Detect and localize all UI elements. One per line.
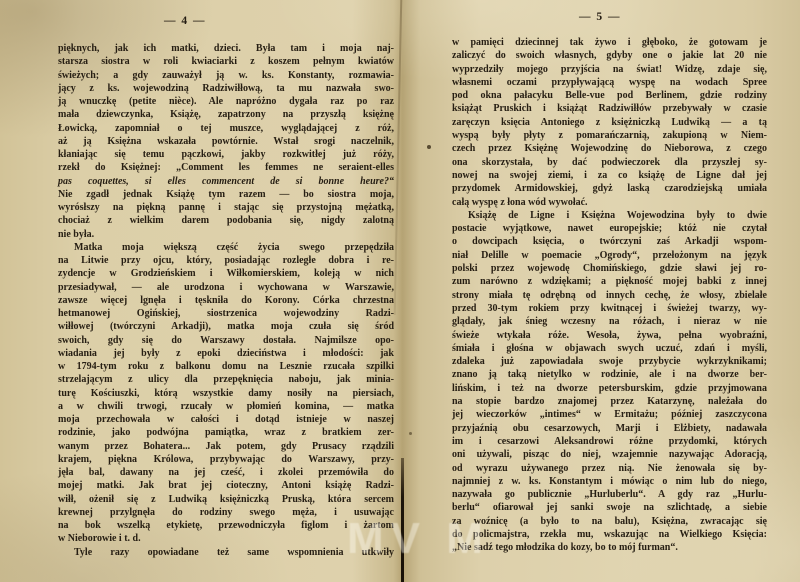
page-line: wiłłowej (twórczyni Arkadji), matka moja… bbox=[58, 320, 394, 333]
page-line: o dowcipach księcia, o twórczyni zaś Ark… bbox=[452, 235, 767, 248]
page-line: nazywała go publicznie „Hurluberlu“. A g… bbox=[452, 488, 767, 501]
page-line: na bok wszelką etykietę, przewodniczyła … bbox=[58, 519, 394, 532]
paper-speck bbox=[427, 145, 431, 149]
page-line: berlu“ ofiarował jej sanki swoje na szli… bbox=[452, 501, 767, 514]
gutter-crease bbox=[394, 0, 403, 315]
page-line: strony miała tę odrębną od innych cechę,… bbox=[452, 289, 767, 302]
page-line: hetmanowej Ogińskiej, siostrzenica wojew… bbox=[58, 307, 394, 320]
page-line: chociaż z wielkim darem podobania się, n… bbox=[58, 214, 394, 227]
page-number-right: — 5 — bbox=[540, 11, 660, 23]
watermark: MV M bbox=[347, 514, 490, 564]
page-line: wyprzedziły mojego przyjścia na świat! W… bbox=[452, 63, 767, 76]
page-line: w Nieborowie i t. d. bbox=[58, 532, 394, 545]
page-line: nie była. bbox=[58, 228, 394, 241]
page-line: zum narówno z wdziękami; a piękność moje… bbox=[452, 275, 767, 288]
page-line: za woźnicę (a było to na balu), Księżna,… bbox=[452, 515, 767, 528]
page-line: zawsze więcej lgnęła i tęskniła do Koron… bbox=[58, 294, 394, 307]
page-line: książąt Pruskich i książąt Radziwiłłów p… bbox=[452, 102, 767, 115]
page-line: nowej na swojej ziemi, i za co książę de… bbox=[452, 169, 767, 182]
page-line: kłaniając się temu pączkowi, jakby rozkw… bbox=[58, 148, 394, 161]
page-line: krewnej przylgnęła do rodziny swego męża… bbox=[58, 506, 394, 519]
page-line: Matka moja większą część życia swego prz… bbox=[58, 241, 394, 254]
page-line: całą wyspę z łona wód wywołać. bbox=[452, 196, 767, 209]
page-line: moja przechowała w całości i dotąd istni… bbox=[58, 413, 394, 426]
page-line: niał Delille w poemacie „Ogrody“, przeło… bbox=[452, 249, 767, 262]
page-line: od wyrazu używanego przez nią. Nie żenow… bbox=[452, 462, 767, 475]
page-number-left: — 4 — bbox=[120, 15, 250, 27]
page-line: aż ją Księżna wskazała powtórnie. Wstał … bbox=[58, 135, 394, 148]
page-line: przed 30-tym rokiem przy kwitnącej i świ… bbox=[452, 302, 767, 315]
page-line: wanym przez Bohatera... Jak potem, gdy P… bbox=[58, 440, 394, 453]
page-line: oni używali, pisząc do niej, wzajemnie n… bbox=[452, 448, 767, 461]
page-right-text: w pamięci dziecinnej tak żywo i głęboko,… bbox=[452, 36, 767, 555]
page-line: wyrósłszy na piękną pannę i stając się p… bbox=[58, 201, 394, 214]
page-line: czech przez Księżnę Wojewodzinę do Niebo… bbox=[452, 142, 767, 155]
paper-speck bbox=[409, 432, 412, 435]
page-line: mojej matki. Jak brat jej cioteczny, Ant… bbox=[58, 479, 394, 492]
page-line: wiłł, ożenił się z Ludwiką księżniczką P… bbox=[58, 493, 394, 506]
page-line: ona skorzystała, by dać podwieczorek dla… bbox=[452, 156, 767, 169]
book-spread-photo: — 4 — — 5 — pięknych, jak ich matki, dzi… bbox=[0, 0, 800, 582]
page-line: polski przez wojewodę Chomińskiego, gdzi… bbox=[452, 262, 767, 275]
page-line: świeże wtykała róże. Wesoła, żywa, pełna… bbox=[452, 329, 767, 342]
page-line: zaliczyć do swoich własnych, gdyby one o… bbox=[452, 49, 767, 62]
page-line: świeżych; a gdy zauważył ją w. ks. Konst… bbox=[58, 69, 394, 82]
page-line: zydencje w Grodzieńskiem i Wiłkomierskie… bbox=[58, 267, 394, 280]
page-line: przydomek Armidowskiej, gdyż laską czaro… bbox=[452, 182, 767, 195]
page-line: pięknych, jak ich matki, dzieci. Była ta… bbox=[58, 42, 394, 55]
page-line: Tyle razy opowiadane też same wspomnieni… bbox=[58, 546, 394, 559]
page-line: na stopie bardzo znajomej przez Katarzyn… bbox=[452, 395, 767, 408]
page-line: postacie wyjątkowe, nawet europejskie; k… bbox=[452, 222, 767, 235]
page-line: przesiadywał, — ale urodzona i wychowana… bbox=[58, 281, 394, 294]
page-line: ją wnuczkę (petite nièce). Ale napróżno … bbox=[58, 95, 394, 108]
page-line: mała dziewczynka, Książę, zapatrzony na … bbox=[58, 108, 394, 121]
page-line: turę Kościuszki, którą wszystkie damy no… bbox=[58, 387, 394, 400]
page-line: krajem, piękna Królowa, przybywając do W… bbox=[58, 453, 394, 466]
page-line: zaręczyn księcia Antoniego z księżniczką… bbox=[452, 116, 767, 129]
page-line: najmniej z w. ks. Konstantym i mówiąc o … bbox=[452, 475, 767, 488]
page-line: na Litwie przy ojcu, który, posiadając r… bbox=[58, 254, 394, 267]
page-line: zdaleka już zapowiadała swoje przybycie … bbox=[452, 355, 767, 368]
page-line: glądały, jak śnieg wczesny na różach, i … bbox=[452, 315, 767, 328]
page-line: w 1794-tym roku z balkonu domu na Leszni… bbox=[58, 360, 394, 373]
page-line: w pamięci dziecinnej tak żywo i głęboko,… bbox=[452, 36, 767, 49]
page-left-text: pięknych, jak ich matki, dzieci. Była ta… bbox=[58, 42, 394, 559]
page-line: a w chwili trwogi, rzucały w płomień kom… bbox=[58, 400, 394, 413]
page-line: jący z ks. wojewodziną Radziwiłłową, ta … bbox=[58, 82, 394, 95]
page-line: do policmajstra, rzekła mu, wskazując na… bbox=[452, 528, 767, 541]
page-line: wiadania jej były z epoki dzieciństwa i … bbox=[58, 347, 394, 360]
page-line: znano ją taką nietylko w rodzinie, ale i… bbox=[452, 368, 767, 381]
page-line: rzekł do Księżnej: „Comment les femmes n… bbox=[58, 161, 394, 174]
page-line: strzelającym z ulicy dla przepęknięcia n… bbox=[58, 373, 394, 386]
page-line: Łowicką, zapomniał o tej muszce, wygląda… bbox=[58, 122, 394, 135]
page-line: swoich, gdy się do Warszawy dostała. Naj… bbox=[58, 334, 394, 347]
page-line: lińskim, i też na dworze petersburskim, … bbox=[452, 382, 767, 395]
page-line: jej wieczorków „intimes“ w Ermitażu; póź… bbox=[452, 408, 767, 421]
page-line: wyspą były płyty z pomarańczarnią, zakup… bbox=[452, 129, 767, 142]
page-line: jęła bal, dawany na jej cześć, i zkolei … bbox=[58, 466, 394, 479]
page-line: rodzinie, jako podwójna pamiątka, wraz z… bbox=[58, 426, 394, 439]
page-line: własnemi oczami przypływającą wyspę na w… bbox=[452, 76, 767, 89]
page-line: im i cesarzowi Aleksandrowi różne przydo… bbox=[452, 435, 767, 448]
page-line: pas coquettes, si elles commencent de si… bbox=[58, 175, 394, 188]
page-line: śmiała i głośna w objawach swych uczuć, … bbox=[452, 342, 767, 355]
page-line: przyjaźnią obu cesarzowych, Marji i Elżb… bbox=[452, 422, 767, 435]
page-line: pod okna pałacyku Belle-vue pod Berlinem… bbox=[452, 89, 767, 102]
page-line: Książę de Ligne i Księżna Wojewodzina by… bbox=[452, 209, 767, 222]
page-line: starsza siostra w roli kwiaciarki z kosz… bbox=[58, 55, 394, 68]
page-line: „Nie sadź tego młodzika do kozy, bo to m… bbox=[452, 541, 767, 554]
page-line: Nie zgadł jednak Książę tym razem — bo s… bbox=[58, 188, 394, 201]
